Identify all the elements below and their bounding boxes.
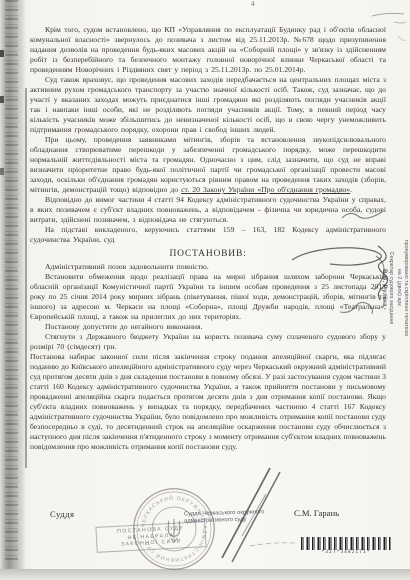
scan-binding-edge [0,0,26,570]
side-stamp-line-1: пронумеровано та скріплено печаткою [402,228,409,348]
underlined-law-reference: ст. 20 Закону України «Про об'єднання гр… [181,185,350,194]
judge-label: Суддя [50,509,74,519]
paragraph-3: При цьому, проведення заявниками мітингі… [30,135,386,195]
handwritten-check-mark [338,206,388,226]
paragraph-5: На підставі викладеного, керуючись статт… [30,225,386,245]
resolution-4: Стягнути з Державного бюджету України на… [30,332,386,352]
barcode-number: *327*3482171* [301,550,391,555]
barcode-bars [301,537,391,550]
document-body: Крім того, судом встановлено, що КП «Упр… [30,25,386,452]
handwritten-curl-mark [336,294,376,320]
paragraph-1: Крім того, судом встановлено, що КП «Упр… [30,25,386,75]
paragraph-4: Відповідно до вимог частини 4 статті 94 … [30,195,386,225]
paragraph-2: Суд також враховує, що проведення масови… [30,75,386,135]
page-number: 4 [251,0,255,8]
handwritten-loop-mark [286,244,396,300]
binding-texture [5,0,18,560]
judge-signature [212,462,302,566]
binding-notches [0,50,4,57]
resolution-5: Постанова набирає законної сили після за… [30,352,386,452]
page-edge-shadow [25,88,27,468]
resolution-3: Постанову допустити до негайного виконан… [30,322,386,332]
case-barcode: *327*3482171* [301,537,391,555]
paragraph-3-period: . [350,185,352,194]
